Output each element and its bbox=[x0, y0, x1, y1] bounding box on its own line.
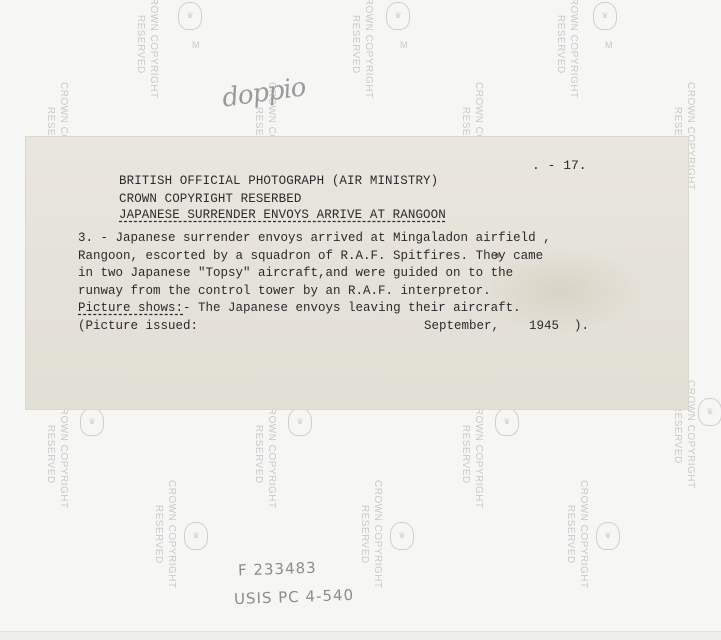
watermark-text: CROWN COPYRIGHTRESERVED bbox=[134, 0, 160, 99]
picture-shows-label: Picture shows: bbox=[78, 301, 183, 315]
picture-shows-text: - The Japanese envoys leaving their airc… bbox=[183, 301, 521, 315]
watermark-letter: M bbox=[400, 40, 408, 50]
caption-line: 3. - Japanese surrender envoys arrived a… bbox=[78, 230, 678, 248]
scan-bottom-edge bbox=[0, 631, 721, 640]
crown-stamp-icon: ♛ bbox=[288, 408, 312, 436]
pencil-annotation: doppio bbox=[220, 72, 307, 113]
header-line-title: JAPANESE SURRENDER ENVOYS ARRIVE AT RANG… bbox=[119, 208, 446, 222]
header-line-source: BRITISH OFFICIAL PHOTOGRAPH (AIR MINISTR… bbox=[119, 174, 438, 188]
watermark-letter: M bbox=[192, 40, 200, 50]
caption-body: 3. - Japanese surrender envoys arrived a… bbox=[78, 230, 678, 335]
crown-stamp-icon: ♛ bbox=[390, 522, 414, 550]
watermark-text: CROWN COPYRIGHTRESERVED bbox=[564, 480, 590, 589]
issued-line: (Picture issued:September, 1945 ). bbox=[78, 318, 678, 336]
watermark-text: CROWN COPYRIGHTRESERVED bbox=[44, 400, 70, 509]
watermark-text: CROWN COPYRIGHTRESERVED bbox=[459, 400, 485, 509]
handwritten-ref-number: F 233483 bbox=[238, 559, 317, 580]
caption-line: runway from the control tower by an R.A.… bbox=[78, 283, 678, 301]
watermark-text: CROWN COPYRIGHTRESERVED bbox=[349, 0, 375, 99]
watermark-text: CROWN COPYRIGHTRESERVED bbox=[252, 400, 278, 509]
watermark-text: CROWN COPYRIGHTRESERVED bbox=[152, 480, 178, 589]
crown-stamp-icon: ♛ bbox=[184, 522, 208, 550]
page-number: . - 17. bbox=[532, 158, 587, 173]
crown-stamp-icon: ♛ bbox=[698, 398, 721, 426]
caption-slip: . - 17. BRITISH OFFICIAL PHOTOGRAPH (AIR… bbox=[25, 136, 689, 410]
crown-stamp-icon: ♛ bbox=[178, 2, 202, 30]
crown-stamp-icon: ♛ bbox=[495, 408, 519, 436]
issued-date: September, 1945 ). bbox=[424, 319, 589, 333]
watermark-text: CROWN COPYRIGHTRESERVED bbox=[358, 480, 384, 589]
picture-shows-line: Picture shows:- The Japanese envoys leav… bbox=[78, 300, 678, 318]
caption-line: in two Japanese "Topsy" aircraft,and wer… bbox=[78, 265, 678, 283]
crown-stamp-icon: ♛ bbox=[80, 408, 104, 436]
crown-stamp-icon: ♛ bbox=[596, 522, 620, 550]
crown-stamp-icon: ♛ bbox=[386, 2, 410, 30]
caption-line: Rangoon, escorted by a squadron of R.A.F… bbox=[78, 248, 678, 266]
issued-label: (Picture issued: bbox=[78, 319, 198, 333]
header-line-copyright: CROWN COPYRIGHT RESERBED bbox=[119, 192, 301, 206]
watermark-text: CROWN COPYRIGHTRESERVED bbox=[554, 0, 580, 99]
handwritten-ref-code: USIS PC 4-540 bbox=[234, 586, 355, 608]
crown-stamp-icon: ♛ bbox=[593, 2, 617, 30]
watermark-letter: M bbox=[605, 40, 613, 50]
